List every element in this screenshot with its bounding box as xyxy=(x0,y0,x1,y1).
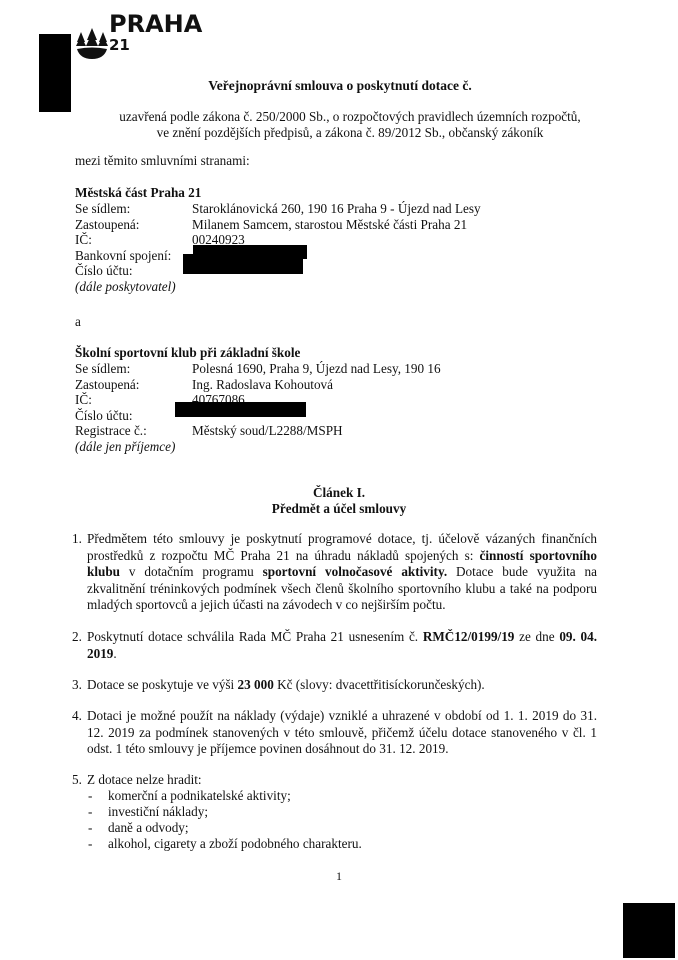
text-run: ze dne xyxy=(514,629,559,644)
recipient-label-registration: Registrace č.: xyxy=(75,423,147,439)
recipient-label-seat: Se sídlem: xyxy=(75,361,130,377)
recipient-value-registration: Městský soud/L2288/MSPH xyxy=(192,423,343,439)
provider-label-represented: Zastoupená: xyxy=(75,217,139,233)
document-title: Veřejnoprávní smlouva o poskytnutí dotac… xyxy=(60,78,620,94)
item-4-text: Dotaci je možné použít na náklady (výdaj… xyxy=(87,708,597,758)
bold-text-run: sportovní volnočasové aktivity. xyxy=(263,564,448,579)
bold-text-run: 23 000 xyxy=(238,677,274,692)
item-1-text: Předmětem této smlouvy je poskytnutí pro… xyxy=(87,531,597,614)
recipient-value-represented: Ing. Radoslava Kohoutová xyxy=(192,377,333,393)
recipient-label-account: Číslo účtu: xyxy=(75,408,133,424)
item-2-text: Poskytnutí dotace schválila Rada MČ Prah… xyxy=(87,629,597,662)
bullet-dash: - xyxy=(88,804,92,820)
recipient-label-represented: Zastoupená: xyxy=(75,377,139,393)
redaction-block-bottom-right xyxy=(623,903,675,958)
bullet-dash: - xyxy=(88,788,92,804)
trees-hill-icon xyxy=(76,22,108,60)
item-3-number: 3. xyxy=(72,677,82,694)
provider-label-account: Číslo účtu: xyxy=(75,263,133,279)
subtitle-line-1: uzavřená podle zákona č. 250/2000 Sb., o… xyxy=(70,109,630,125)
provider-value-seat: Staroklánovická 260, 190 16 Praha 9 - Új… xyxy=(192,201,481,217)
bullet-dash: - xyxy=(88,836,92,852)
redaction-recipient-account xyxy=(175,402,306,417)
bullet-item-3: daně a odvody; xyxy=(108,820,189,836)
recipient-value-seat: Polesná 1690, Praha 9, Újezd nad Lesy, 1… xyxy=(192,361,441,377)
provider-label-ico: IČ: xyxy=(75,232,92,248)
recipient-role: (dále jen příjemce) xyxy=(75,439,175,455)
redaction-provider-account xyxy=(183,254,303,274)
provider-value-represented: Milanem Samcem, starostou Městské části … xyxy=(192,217,467,233)
text-run: v dotačním programu xyxy=(120,564,263,579)
item-2-number: 2. xyxy=(72,629,82,646)
page-number: 1 xyxy=(0,869,678,884)
item-3-text: Dotace se poskytuje ve výši 23 000 Kč (s… xyxy=(87,677,597,694)
article-title: Předmět a účel smlouvy xyxy=(0,501,678,517)
article-number: Článek I. xyxy=(0,485,678,501)
logo-wordmark: PRAHA xyxy=(109,12,202,36)
provider-role: (dále poskytovatel) xyxy=(75,279,176,295)
intro-text: mezi těmito smluvními stranami: xyxy=(75,153,250,169)
bullet-item-2: investiční náklady; xyxy=(108,804,208,820)
logo-number: 21 xyxy=(109,38,130,53)
item-5-text: Z dotace nelze hradit: xyxy=(87,772,597,789)
text-run: . xyxy=(113,646,116,661)
subtitle-line-2: ve znění pozdějších předpisů, a zákona č… xyxy=(70,125,630,141)
item-4-number: 4. xyxy=(72,708,82,725)
bullet-item-4: alkohol, cigarety a zboží podobného char… xyxy=(108,836,362,852)
recipient-name: Školní sportovní klub při základní škole xyxy=(75,345,300,361)
text-run: Z dotace nelze hradit: xyxy=(87,772,202,787)
bullet-dash: - xyxy=(88,820,92,836)
item-5-number: 5. xyxy=(72,772,82,789)
text-run: Kč (slovy: dvacettřitisíckorunčeských). xyxy=(274,677,485,692)
bold-text-run: RMČ12/0199/19 xyxy=(423,629,515,644)
conjunction-text: a xyxy=(75,314,81,330)
bullet-item-1: komerční a podnikatelské aktivity; xyxy=(108,788,291,804)
text-run: Dotaci je možné použít na náklady (výdaj… xyxy=(87,708,597,756)
redaction-block-top-left xyxy=(39,34,71,112)
provider-name: Městská část Praha 21 xyxy=(75,185,201,201)
provider-label-bank: Bankovní spojení: xyxy=(75,248,171,264)
text-run: Poskytnutí dotace schválila Rada MČ Prah… xyxy=(87,629,423,644)
item-1-number: 1. xyxy=(72,531,82,548)
text-run: Dotace se poskytuje ve výši xyxy=(87,677,238,692)
recipient-label-ico: IČ: xyxy=(75,392,92,408)
provider-label-seat: Se sídlem: xyxy=(75,201,130,217)
